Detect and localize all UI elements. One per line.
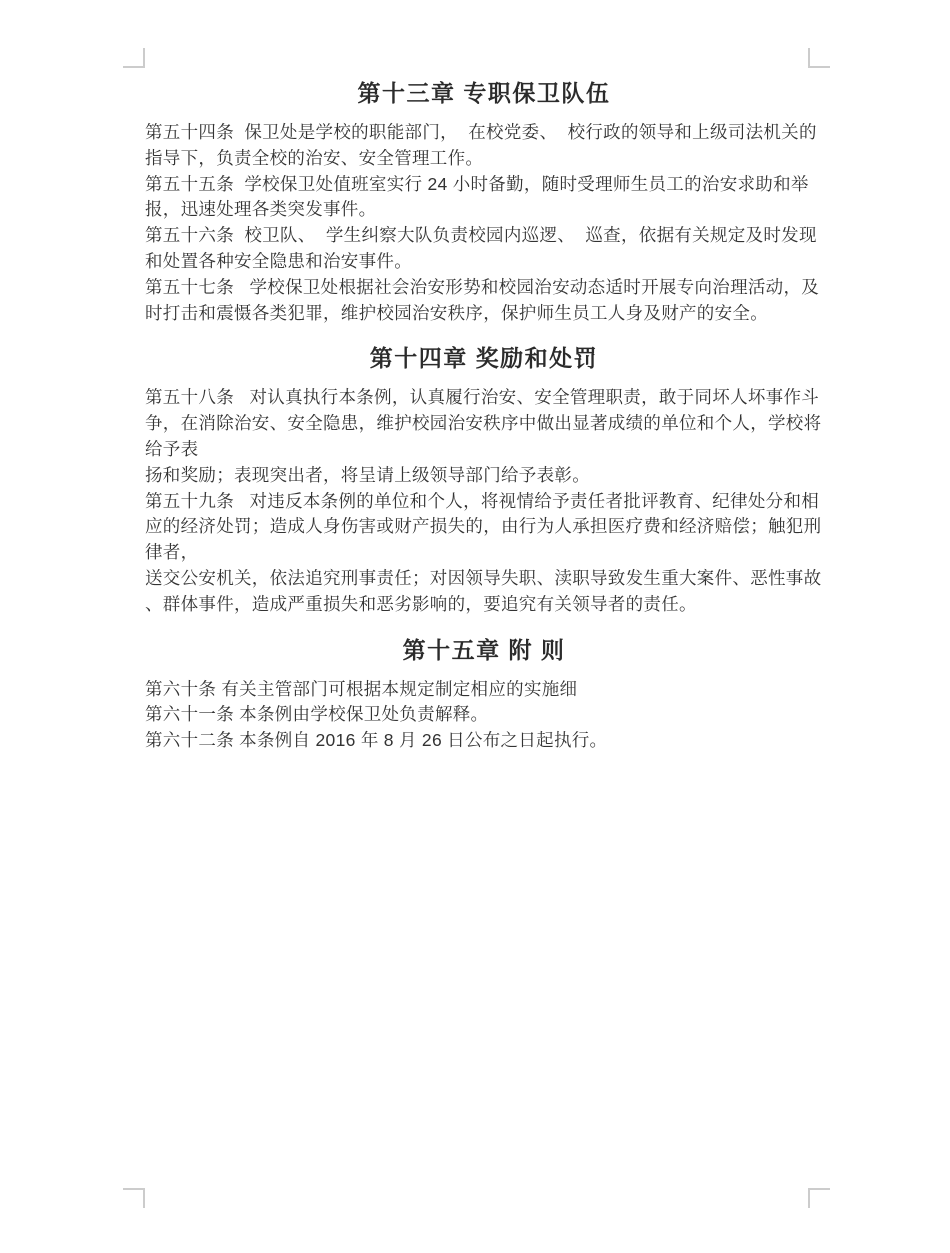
text-line: 应的经济处罚；造成人身伤害或财产损失的，由行为人承担医疗费和经济赔偿；触犯刑 xyxy=(145,514,823,540)
chapter-heading: 第十五章 附 则 xyxy=(145,635,823,665)
chapter-heading: 第十四章 奖励和处罚 xyxy=(145,343,823,373)
text-line: 和处置各种安全隐患和治安事件。 xyxy=(145,249,823,275)
text-line: 第五十八条 对认真执行本条例，认真履行治安、安全管理职责，敢于同坏人坏事作斗 xyxy=(145,385,823,411)
text-boundary-mark-top-left xyxy=(123,48,145,68)
text-line: 第六十条 有关主管部门可根据本规定制定相应的实施细 xyxy=(145,677,823,703)
text-line: 给予表 xyxy=(145,437,823,463)
chapter-heading: 第十三章 专职保卫队伍 xyxy=(145,78,823,108)
document-content: 第十三章 专职保卫队伍第五十四条 保卫处是学校的职能部门， 在校党委、 校行政的… xyxy=(145,78,823,754)
text-line: 第五十四条 保卫处是学校的职能部门， 在校党委、 校行政的领导和上级司法机关的 xyxy=(145,120,823,146)
text-boundary-mark-bottom-left xyxy=(123,1188,145,1208)
text-line: 第五十七条 学校保卫处根据社会治安形势和校园治安动态适时开展专向治理活动，及 xyxy=(145,275,823,301)
text-line: 第五十九条 对违反本条例的单位和个人，将视情给予责任者批评教育、纪律处分和相 xyxy=(145,489,823,515)
text-line: 、群体事件，造成严重损失和恶劣影响的，要追究有关领导者的责任。 xyxy=(145,592,823,618)
document-page: 第十三章 专职保卫队伍第五十四条 保卫处是学校的职能部门， 在校党委、 校行政的… xyxy=(0,0,950,1253)
text-line: 第六十二条 本条例自 2016 年 8 月 26 日公布之日起执行。 xyxy=(145,728,823,754)
text-line: 报，迅速处理各类突发事件。 xyxy=(145,197,823,223)
text-boundary-mark-bottom-right xyxy=(808,1188,830,1208)
text-line: 第五十六条 校卫队、 学生纠察大队负责校园内巡逻、 巡查，依据有关规定及时发现 xyxy=(145,223,823,249)
text-line: 第五十五条 学校保卫处值班室实行 24 小时备勤，随时受理师生员工的治安求助和举 xyxy=(145,172,823,198)
text-line: 律者， xyxy=(145,540,823,566)
text-line: 扬和奖励；表现突出者，将呈请上级领导部门给予表彰。 xyxy=(145,463,823,489)
text-line: 时打击和震慑各类犯罪，维护校园治安秩序，保护师生员工人身及财产的安全。 xyxy=(145,301,823,327)
text-line: 争，在消除治安、安全隐患，维护校园治安秩序中做出显著成绩的单位和个人，学校将 xyxy=(145,411,823,437)
text-line: 送交公安机关，依法追究刑事责任；对因领导失职、渎职导致发生重大案件、恶性事故 xyxy=(145,566,823,592)
text-line: 第六十一条 本条例由学校保卫处负责解释。 xyxy=(145,702,823,728)
text-line: 指导下，负责全校的治安、安全管理工作。 xyxy=(145,146,823,172)
text-boundary-mark-top-right xyxy=(808,48,830,68)
